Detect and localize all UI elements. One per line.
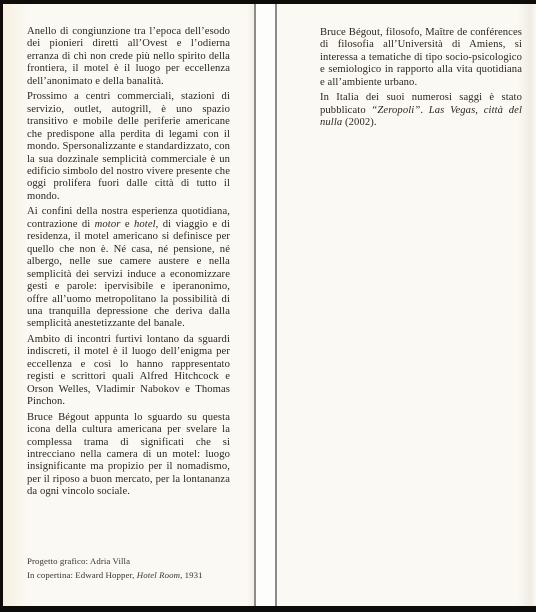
text-segment: Prossimo a centri commerciali, stazioni …	[27, 91, 230, 202]
italic-text: motor	[95, 219, 121, 230]
text-segment: Ambito di incontri furtivi lontano da sg…	[27, 334, 230, 407]
left-flap: Anello di congiunzione tra l’epoca dell’…	[3, 4, 254, 606]
text-segment: Progetto grafico: Adria Villa	[27, 556, 130, 566]
right-flap-text: Bruce Bégout, filosofo, Maître de confér…	[320, 27, 522, 133]
text-segment: , di viaggio e di residenza, il motel am…	[27, 219, 230, 330]
paragraph: Prossimo a centri commerciali, stazioni …	[27, 91, 230, 203]
credits: Progetto grafico: Adria VillaIn copertin…	[27, 555, 242, 582]
paragraph: In Italia dei suoi numerosi saggi è stat…	[320, 92, 522, 129]
paper-spread: Anello di congiunzione tra l’epoca dell’…	[3, 4, 536, 606]
paragraph: Anello di congiunzione tra l’epoca dell’…	[27, 26, 230, 88]
right-flap: Bruce Bégout, filosofo, Maître de confér…	[277, 4, 536, 606]
text-segment: , 1931	[180, 570, 203, 580]
text-segment: e	[120, 219, 134, 230]
text-segment: Bruce Bégout appunta lo sguardo su quest…	[27, 412, 230, 498]
left-flap-text: Anello di congiunzione tra l’epoca dell’…	[27, 26, 230, 502]
paragraph: Progetto grafico: Adria Villa	[27, 555, 242, 569]
paragraph: Bruce Bégout appunta lo sguardo su quest…	[27, 412, 230, 499]
paragraph: In copertina: Edward Hopper, Hotel Room,…	[27, 569, 242, 583]
text-segment: Anello di congiunzione tra l’epoca dell’…	[27, 26, 230, 87]
italic-text: hotel	[134, 219, 156, 230]
text-segment: (2002).	[342, 117, 376, 128]
fold-gap	[256, 4, 275, 606]
paragraph: Bruce Bégout, filosofo, Maître de confér…	[320, 27, 522, 89]
text-segment: .	[420, 105, 428, 116]
book-flap-scan: Anello di congiunzione tra l’epoca dell’…	[0, 0, 536, 612]
italic-text: “Zeropoli”	[371, 105, 420, 116]
paragraph: Ai confini della nostra esperienza quoti…	[27, 206, 230, 331]
text-segment: In copertina: Edward Hopper,	[27, 570, 137, 580]
fold-divider	[254, 4, 277, 606]
paragraph: Ambito di incontri furtivi lontano da sg…	[27, 334, 230, 409]
text-segment: Bruce Bégout, filosofo, Maître de confér…	[320, 27, 522, 88]
italic-text: Hotel Room	[137, 570, 180, 580]
